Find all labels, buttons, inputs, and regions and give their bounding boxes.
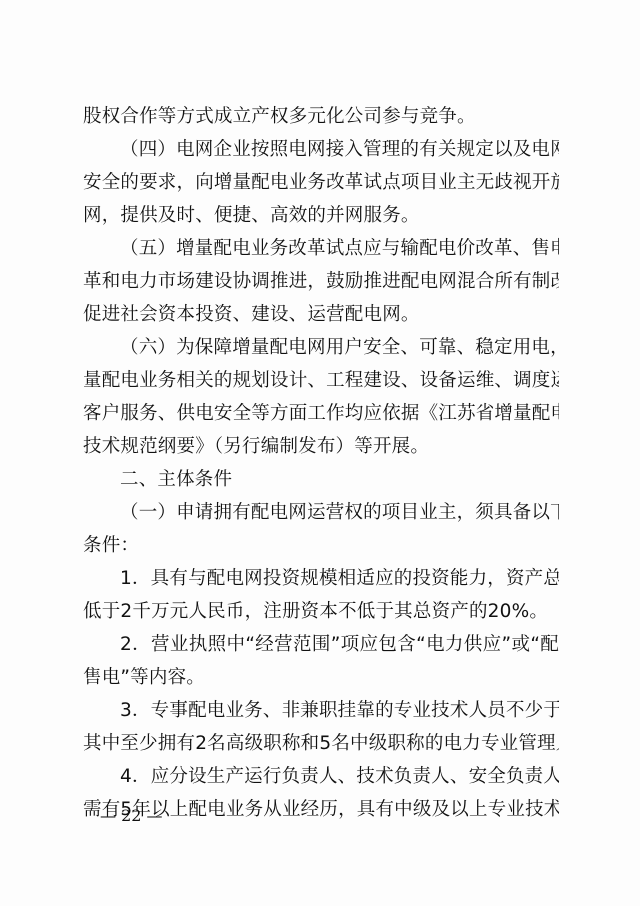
text-line-16: 低于2千万元人民币，注册资本不低于其总资产的20%。 [83,595,559,628]
text-line-4: 网，提供及时、便捷、高效的并网服务。 [83,199,559,232]
text-line-9: 量配电业务相关的规划设计、工程建设、设备运维、调度运行、 [83,364,559,397]
text-line-14: 条件： [83,529,559,562]
text-line-18: 售电”等内容。 [83,661,559,694]
text-line-5: （五）增量配电业务改革试点应与输配电价改革、售电侧改 [83,232,559,265]
section-heading: 二、主体条件 [83,463,559,496]
text-line-11: 技术规范纲要》（另行编制发布）等开展。 [83,430,559,463]
page-number: — 22 — [100,803,163,829]
text-line-6: 革和电力市场建设协调推进，鼓励推进配电网混合所有制改革， [83,265,559,298]
text-line-1: 股权合作等方式成立产权多元化公司参与竞争。 [83,100,559,133]
text-line-13: （一）申请拥有配电网运营权的项目业主，须具备以下准入 [83,496,559,529]
text-line-2: （四）电网企业按照电网接入管理的有关规定以及电网运行 [83,133,559,166]
text-line-20: 其中至少拥有2名高级职称和5名中级职称的电力专业管理人员。 [83,727,559,760]
text-line-3: 安全的要求，向增量配电业务改革试点项目业主无歧视开放电 [83,166,559,199]
text-line-21: 4．应分设生产运行负责人、技术负责人、安全负责人，且 [83,760,559,793]
text-line-19: 3．专事配电业务、非兼职挂靠的专业技术人员不少于20人， [83,694,559,727]
text-line-8: （六）为保障增量配电网用户安全、可靠、稳定用电，与增 [83,331,559,364]
text-line-10: 客户服务、供电安全等方面工作均应依据《江苏省增量配电业务 [83,397,559,430]
document-body: 股权合作等方式成立产权多元化公司参与竞争。 （四）电网企业按照电网接入管理的有关… [83,100,559,826]
text-line-15: 1．具有与配电网投资规模相适应的投资能力，资产总额不 [83,562,559,595]
text-line-17: 2．营业执照中“经营范围”项应包含“电力供应”或“配 [83,628,559,661]
text-line-7: 促进社会资本投资、建设、运营配电网。 [83,298,559,331]
document-page: 股权合作等方式成立产权多元化公司参与竞争。 （四）电网企业按照电网接入管理的有关… [0,0,640,906]
